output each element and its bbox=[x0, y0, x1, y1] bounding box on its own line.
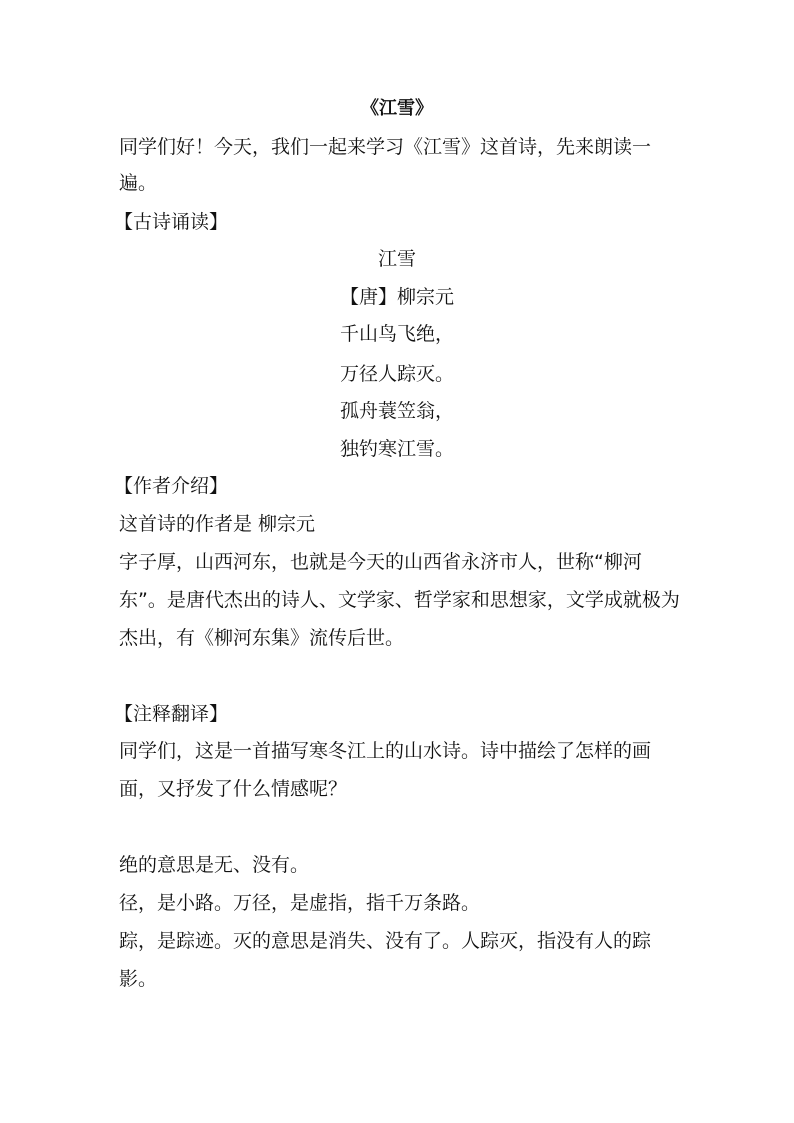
annotation-line: 同学们，这是一首描写寒冬江上的山水诗。诗中描绘了怎样的画 bbox=[119, 739, 679, 763]
author-line: 杰出，有《柳河东集》流传后世。 bbox=[119, 626, 679, 650]
note-line: 绝的意思是无、没有。 bbox=[119, 853, 679, 877]
poem-line: 孤舟蓑笠翁， bbox=[340, 399, 794, 423]
author-line: 这首诗的作者是 柳宗元 bbox=[119, 512, 679, 536]
note-line: 径，是小路。万径，是虚指，指千万条路。 bbox=[119, 891, 679, 915]
section-heading-recitation: 【古诗诵读】 bbox=[114, 210, 674, 234]
poem-line: 万径人踪灭。 bbox=[340, 362, 794, 386]
annotation-line: 面，又抒发了什么情感呢？ bbox=[119, 777, 679, 801]
author-line: 字子厚，山西河东，也就是今天的山西省永济市人，世称“柳河 bbox=[119, 550, 679, 574]
intro-line: 遍。 bbox=[119, 171, 679, 195]
note-line: 影。 bbox=[119, 967, 679, 991]
poem-line: 独钓寒江雪。 bbox=[340, 437, 794, 461]
document-title: 《江雪》 bbox=[0, 97, 794, 121]
note-line: 踪，是踪迹。灭的意思是消失、没有了。人踪灭，指没有人的踪 bbox=[119, 929, 679, 953]
intro-line: 同学们好！今天，我们一起来学习《江雪》这首诗，先来朗读一 bbox=[119, 135, 679, 159]
poem-author: 【唐】柳宗元 bbox=[0, 285, 794, 309]
poem-title: 江雪 bbox=[0, 247, 794, 271]
poem-line: 千山鸟飞绝， bbox=[340, 322, 794, 346]
section-heading-author: 【作者介绍】 bbox=[114, 474, 674, 498]
document-page: 《江雪》 同学们好！今天，我们一起来学习《江雪》这首诗，先来朗读一 遍。 【古诗… bbox=[0, 0, 794, 1123]
author-line: 东”。是唐代杰出的诗人、文学家、哲学家和思想家，文学成就极为 bbox=[119, 588, 679, 612]
section-heading-annotation: 【注释翻译】 bbox=[114, 702, 674, 726]
